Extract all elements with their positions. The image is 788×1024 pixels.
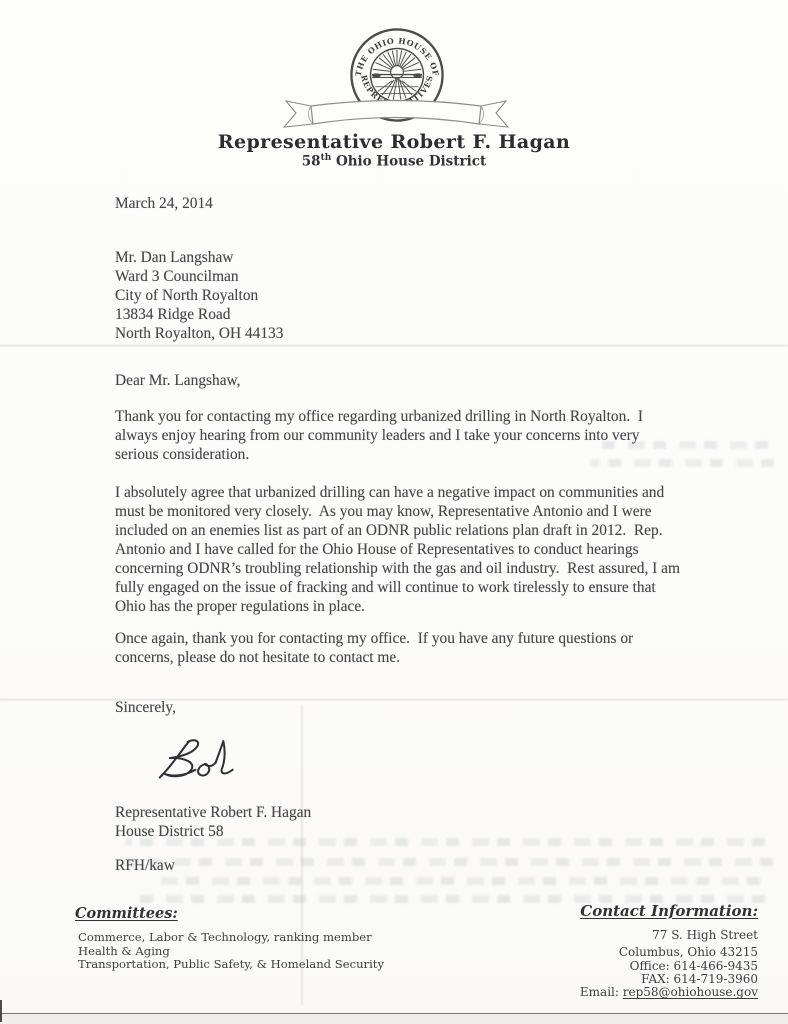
committees-heading: Committees:	[75, 905, 384, 922]
signer-district: House District 58	[115, 822, 683, 841]
banner-ribbon-icon	[281, 94, 511, 134]
handwritten-signature	[138, 731, 256, 793]
fax-number: 614-719-3960	[674, 972, 758, 986]
body-paragraph: Thank you for contacting my office regar…	[115, 407, 683, 464]
signature-block: Representative Robert F. Hagan House Dis…	[115, 803, 683, 841]
recipient-line: 13834 Ridge Road	[115, 305, 683, 324]
recipient-line: Mr. Dan Langshaw	[115, 248, 683, 267]
fax-label: FAX:	[641, 972, 670, 986]
letterhead-name: Representative Robert F. Hagan	[0, 131, 788, 153]
email-address: rep58@ohiohouse.gov	[623, 985, 758, 999]
letterhead-district: 58th Ohio House District	[0, 153, 788, 170]
email-line: Email: rep58@ohiohouse.gov	[580, 986, 758, 999]
letter-date: March 24, 2014	[115, 194, 683, 213]
office-label: Office:	[630, 959, 670, 973]
scan-left-edge-mark	[0, 1000, 2, 1022]
recipient-line: Ward 3 Councilman	[115, 267, 683, 286]
committee-item: Health & Aging	[78, 945, 384, 959]
bleed-through-smudge	[150, 877, 760, 885]
recipient-line: City of North Royalton	[115, 286, 683, 305]
committees-section: Committees: Commerce, Labor & Technology…	[75, 905, 384, 972]
scan-bottom-edge	[0, 1013, 788, 1024]
district-text: Ohio House District	[331, 154, 486, 170]
contact-information-section: Contact Information: 77 S. High Street C…	[580, 902, 758, 1000]
district-number: 58	[302, 154, 321, 170]
body-paragraph: Once again, thank you for contacting my …	[115, 629, 683, 667]
contact-address-line: 77 S. High Street	[580, 927, 758, 944]
closing: Sincerely,	[115, 698, 683, 717]
office-phone: 614-466-9435	[674, 959, 758, 973]
reference-initials: RFH/kaw	[115, 856, 683, 875]
scanned-letter-page: THE OHIO HOUSE OF REPRESENTATIVES Repres…	[0, 0, 788, 1024]
committee-item: Commerce, Labor & Technology, ranking me…	[78, 931, 384, 945]
recipient-address-block: Mr. Dan Langshaw Ward 3 Councilman City …	[115, 248, 683, 343]
contact-address-line: Columbus, Ohio 43215	[580, 944, 758, 961]
district-ordinal: th	[321, 153, 332, 163]
recipient-line: North Royalton, OH 44133	[115, 324, 683, 343]
contact-heading: Contact Information:	[580, 902, 758, 920]
email-label: Email:	[580, 985, 619, 999]
body-paragraph: I absolutely agree that urbanized drilli…	[115, 483, 683, 616]
fold-crease	[0, 344, 788, 347]
signer-name: Representative Robert F. Hagan	[115, 803, 683, 822]
salutation: Dear Mr. Langshaw,	[115, 371, 683, 390]
committee-item: Transportation, Public Safety, & Homelan…	[78, 958, 384, 972]
